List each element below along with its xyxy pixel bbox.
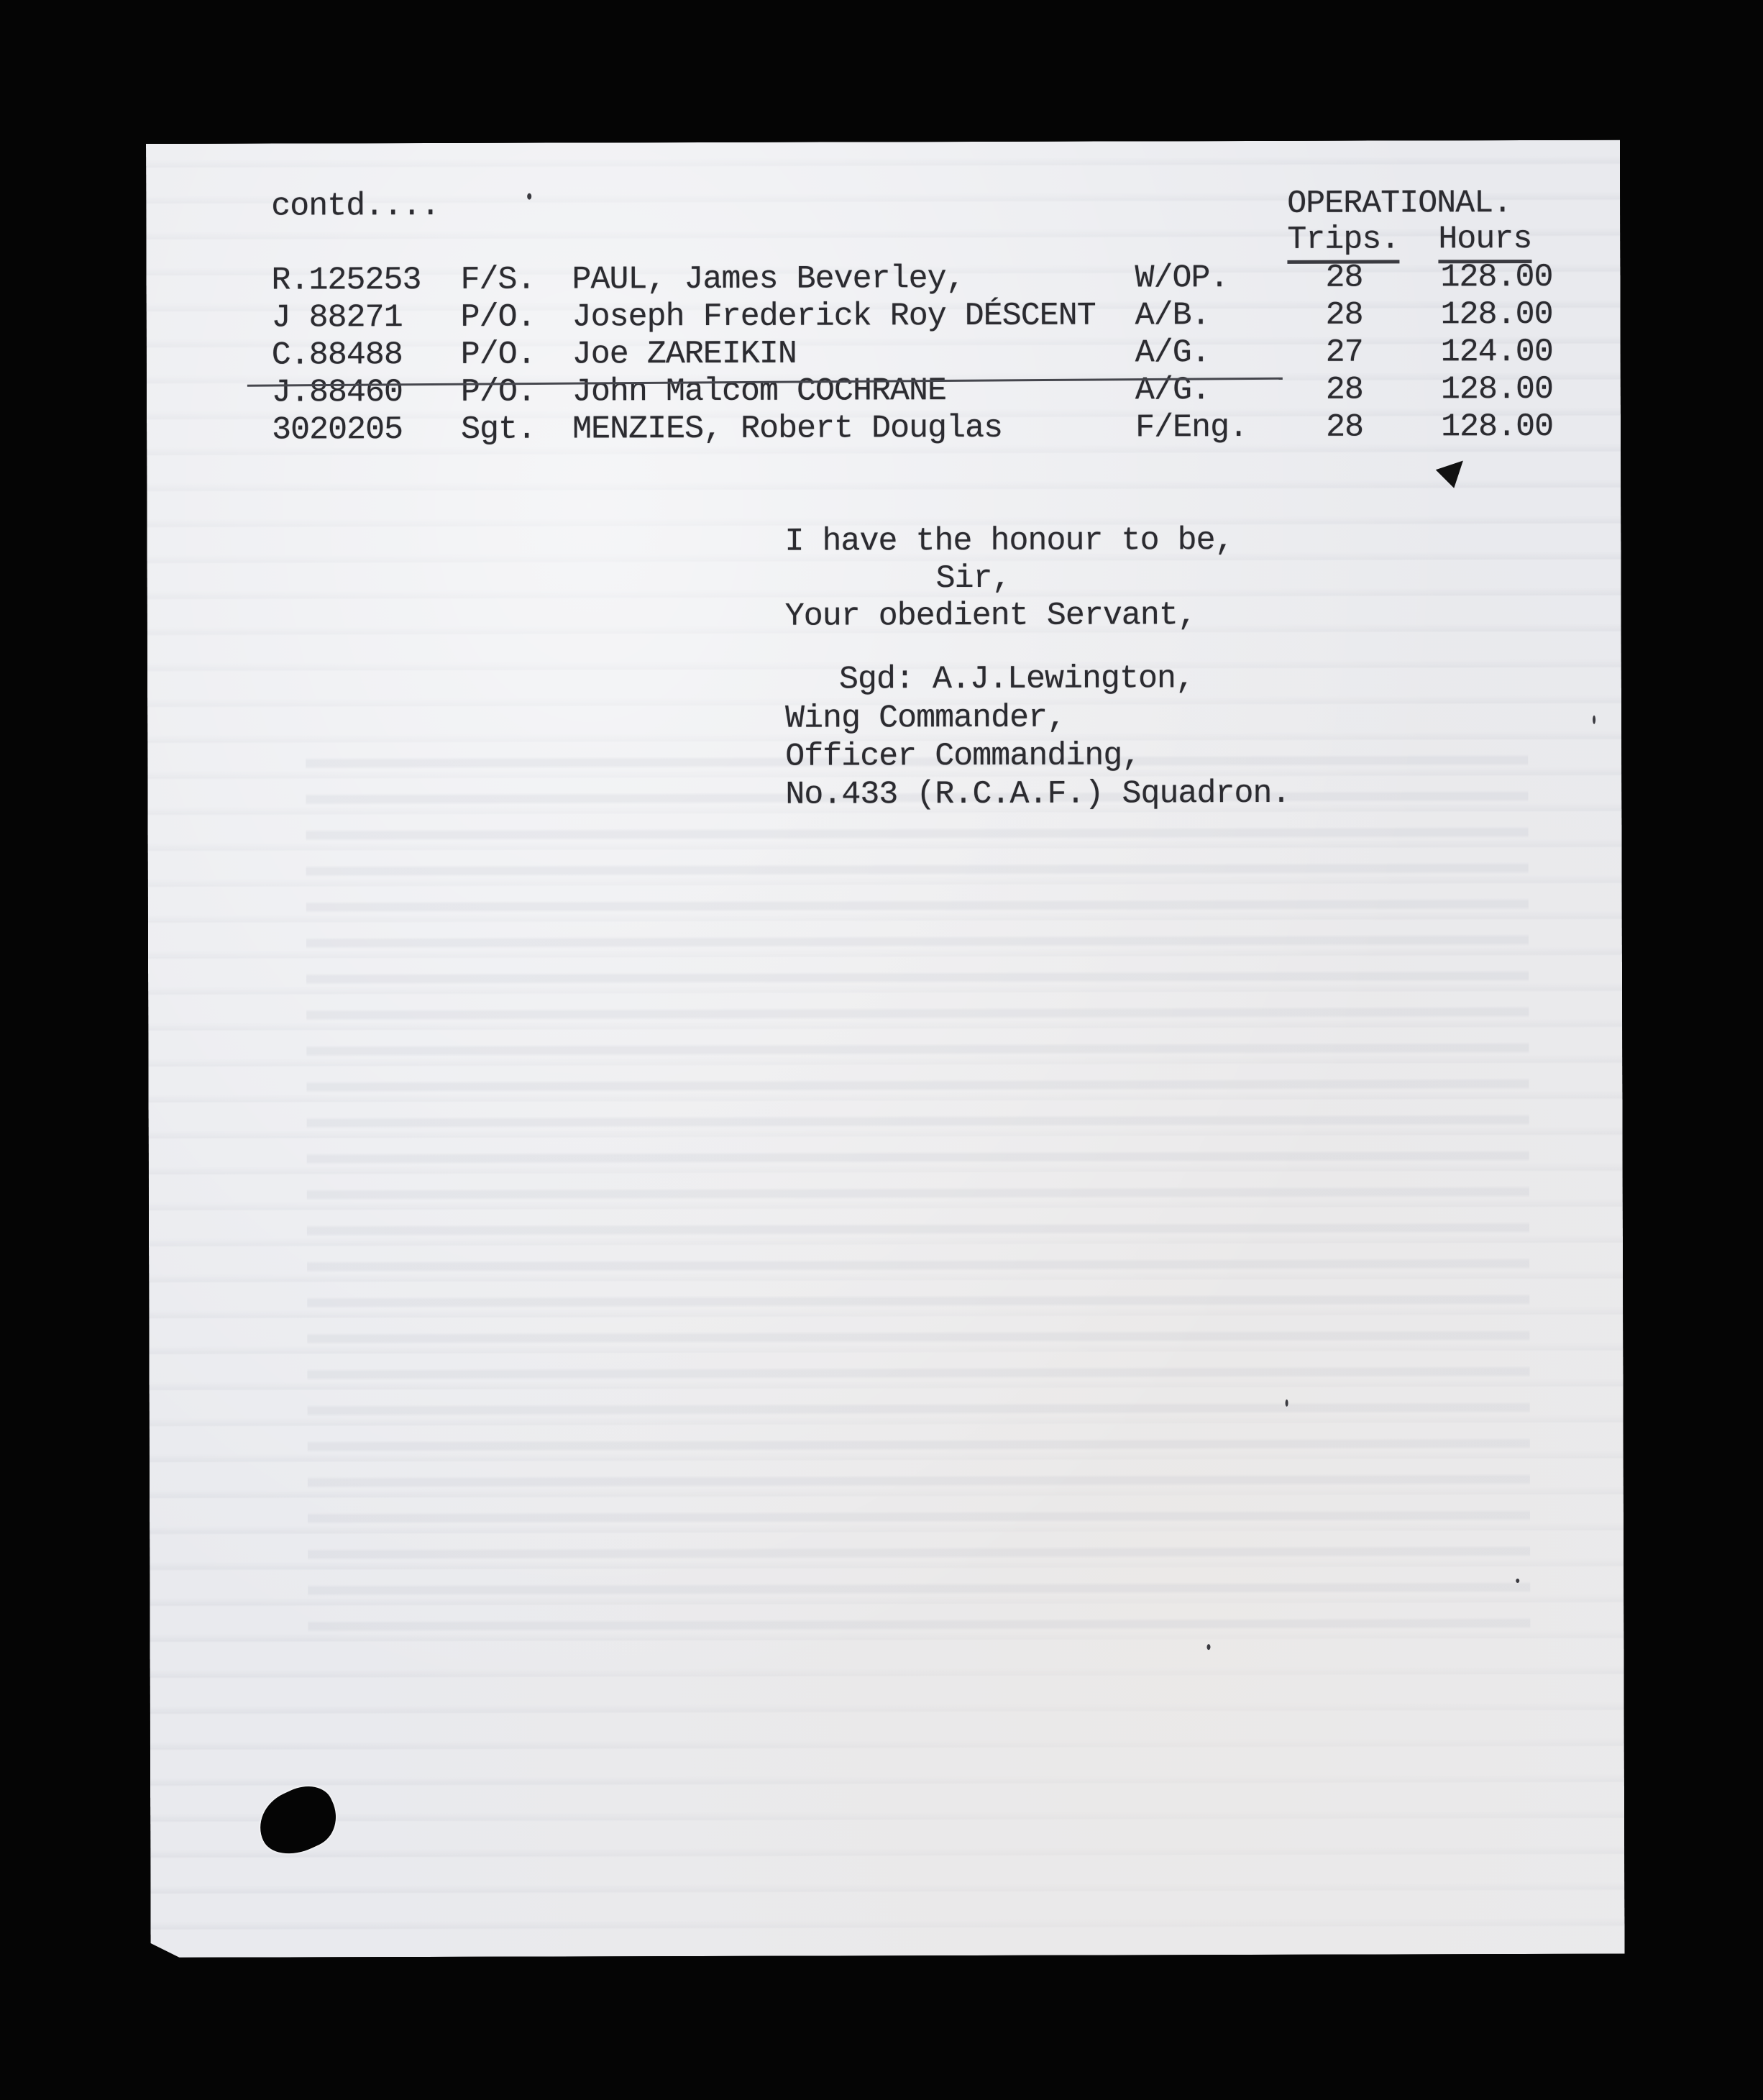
trips-value: 28 [1325,260,1363,297]
rank: Sgt. [461,411,536,449]
hours-value: 128.00 [1441,296,1553,334]
document-page: contd.... OPERATIONAL. Trips. Hours R.12… [146,140,1625,1958]
service-number: R.125253 [271,262,421,300]
service-number: J.88460 [272,374,403,411]
service-number: J 88271 [272,299,403,337]
punch-hole [249,1776,347,1866]
hours-value: 128.00 [1441,371,1553,408]
service-number: C.88488 [272,337,403,374]
trips-column-header: Trips. [1287,221,1399,263]
signature-appointment: Officer Commanding, [785,737,1140,775]
trips-value: 28 [1326,297,1363,334]
closing-line-3: Your obedient Servant, [785,597,1196,635]
trips-value: 27 [1326,334,1363,372]
closing-salutation: Sir, [936,560,1011,598]
crew-name: MENZIES, Robert Douglas [572,410,1002,449]
rank: P/O. [461,337,536,374]
paper-speck [1286,1400,1288,1407]
hours-value: 128.00 [1441,408,1553,446]
continuation-marker: contd.... [271,188,439,226]
paper-speck [527,193,531,200]
closing-line-1: I have the honour to be, [784,522,1233,561]
service-number: 3020205 [272,411,403,449]
rank: F/S. [460,262,535,299]
trips-value: 28 [1326,372,1363,409]
bleed-through-texture [306,730,1530,1632]
crew-name: Joseph Frederick Roy DÉSCENT [572,298,1096,337]
rank: P/O. [461,374,536,411]
paper-speck [1206,1644,1210,1650]
trade: A/B. [1135,297,1210,334]
operational-header: OPERATIONAL. [1287,185,1511,223]
paper-speck [1516,1579,1519,1583]
hours-column-header: Hours [1438,221,1531,263]
hours-value: 128.00 [1440,259,1552,296]
crew-name: John Malcom COCHRANE [572,373,946,411]
ink-blot [1436,452,1473,488]
signature-unit: No.433 (R.C.A.F.) Squadron. [785,775,1290,814]
hours-value: 124.00 [1441,334,1553,371]
crew-name: Joe ZAREIKIN [572,336,797,374]
paper-speck [1593,716,1595,724]
trade: A/G. [1135,334,1210,372]
rank: P/O. [461,299,536,337]
trips-value: 28 [1326,409,1363,447]
trade: F/Eng. [1135,409,1247,447]
crew-table: R.125253F/S.PAUL, James Beverley,W/OP.28… [146,140,1620,144]
trade: W/OP. [1135,260,1228,297]
signature-name: Sgd: A.J.Lewington, [839,660,1194,698]
signature-rank: Wing Commander, [785,700,1066,738]
crew-name: PAUL, James Beverley, [572,260,964,298]
